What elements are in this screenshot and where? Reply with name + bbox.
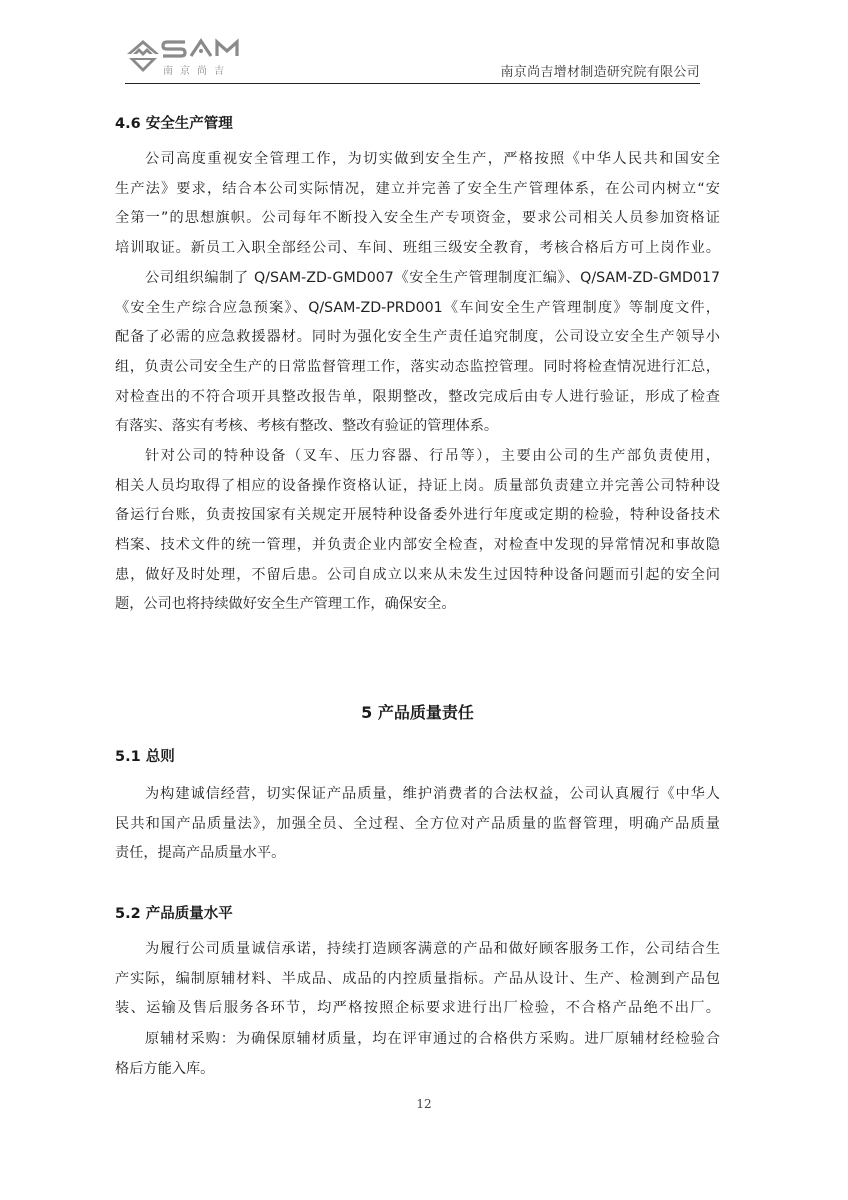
text-line: 备运行台账，负责按国家有关规定开展特种设备委外进行年度或定期的检验，特种设备技术 — [115, 501, 720, 531]
text-line: 配备了必需的应急救援器材。同时为强化安全生产责任追究制度，公司设立安全生产领导小 — [115, 323, 720, 353]
paragraph: 为履行公司质量诚信承诺，持续打造顾客满意的产品和做好顾客服务工作，公司结合生 产… — [115, 935, 720, 1024]
text-line: 全第一”的思想旗帜。公司每年不断投入安全生产专项资金，要求公司相关人员参加资格证 — [115, 204, 720, 234]
text-line: 相关人员均取得了相应的设备操作资格认证，持证上岗。质量部负责建立并完善公司特种设 — [115, 472, 720, 502]
company-name: 南京尚吉增材制造研究院有限公司 — [500, 61, 700, 80]
text-line: 对检查出的不符合项开具整改报告单，限期整改，整改完成后由专人进行验证，形成了检查 — [115, 383, 720, 413]
page-header: 南京尚吉 南京尚吉增材制造研究院有限公司 — [125, 36, 700, 82]
text-line: 患，做好及时处理，不留后患。公司自成立以来从未发生过因特种设备问题而引起的安全问 — [115, 561, 720, 591]
section-heading-4-6: 4.6 安全生产管理 — [115, 112, 233, 133]
text-line: 公司组织编制了 Q/SAM-ZD-GMD007《安全生产管理制度汇编》、Q/SA… — [115, 264, 720, 294]
section-heading-5-2: 5.2 产品质量水平 — [115, 902, 233, 923]
text-line: 格后方能入库。 — [115, 1055, 720, 1085]
header-divider — [125, 83, 700, 84]
paragraph: 公司组织编制了 Q/SAM-ZD-GMD007《安全生产管理制度汇编》、Q/SA… — [115, 264, 720, 442]
text-line: 民共和国产品质量法》，加强全员、全过程、全方位对产品质量的监督管理，明确产品质量 — [115, 810, 720, 840]
text-line: 责任，提高产品质量水平。 — [115, 839, 720, 869]
paragraph: 为构建诚信经营，切实保证产品质量，维护消费者的合法权益，公司认真履行《中华人 民… — [115, 780, 720, 869]
text-line: 装、运输及售后服务各环节，均严格按照企标要求进行出厂检验，不合格产品绝不出厂。 — [115, 994, 720, 1024]
company-logo: 南京尚吉 — [125, 36, 260, 80]
text-line: 有落实、落实有考核、考核有整改、整改有验证的管理体系。 — [115, 412, 720, 442]
text-line: 生产法》要求，结合本公司实际情况，建立并完善了安全生产管理体系，在公司内树立“安 — [115, 175, 720, 205]
text-line: 为构建诚信经营，切实保证产品质量，维护消费者的合法权益，公司认真履行《中华人 — [115, 780, 720, 810]
chapter-heading-5: 5 产品质量责任 — [115, 700, 720, 723]
text-line: 档案、技术文件的统一管理，并负责企业内部安全检查，对检查中发现的异常情况和事故隐 — [115, 531, 720, 561]
text-line: 针对公司的特种设备（叉车、压力容器、行吊等），主要由公司的生产部负责使用， — [115, 442, 720, 472]
text-line: 培训取证。新员工入职全部经公司、车间、班组三级安全教育，考核合格后方可上岗作业。 — [115, 234, 720, 264]
text-line: 《安全生产综合应急预案》、Q/SAM-ZD-PRD001《车间安全生产管理制度》… — [115, 294, 720, 324]
page-number: 12 — [0, 1097, 848, 1111]
section-heading-5-1: 5.1 总则 — [115, 745, 175, 766]
logo-subtitle: 南京尚吉 — [163, 62, 231, 77]
text-line: 组，负责公司安全生产的日常监督管理工作，落实动态监控管理。同时将检查情况进行汇总… — [115, 353, 720, 383]
text-line: 公司高度重视安全管理工作，为切实做到安全生产，严格按照《中华人民共和国安全 — [115, 145, 720, 175]
document-page: 南京尚吉 南京尚吉增材制造研究院有限公司 4.6 安全生产管理 公司高度重视安全… — [0, 0, 848, 1200]
paragraph: 针对公司的特种设备（叉车、压力容器、行吊等），主要由公司的生产部负责使用， 相关… — [115, 442, 720, 620]
text-line: 题，公司也将持续做好安全生产管理工作，确保安全。 — [115, 590, 720, 620]
text-line: 原辅材采购：为确保原辅材质量，均在评审通过的合格供方采购。进厂原辅材经检验合 — [115, 1025, 720, 1055]
text-line: 产实际，编制原辅材料、半成品、成品的内控质量指标。产品从设计、生产、检测到产品包 — [115, 965, 720, 995]
paragraph: 原辅材采购：为确保原辅材质量，均在评审通过的合格供方采购。进厂原辅材经检验合 格… — [115, 1025, 720, 1084]
text-line: 为履行公司质量诚信承诺，持续打造顾客满意的产品和做好顾客服务工作，公司结合生 — [115, 935, 720, 965]
paragraph: 公司高度重视安全管理工作，为切实做到安全生产，严格按照《中华人民共和国安全 生产… — [115, 145, 720, 264]
